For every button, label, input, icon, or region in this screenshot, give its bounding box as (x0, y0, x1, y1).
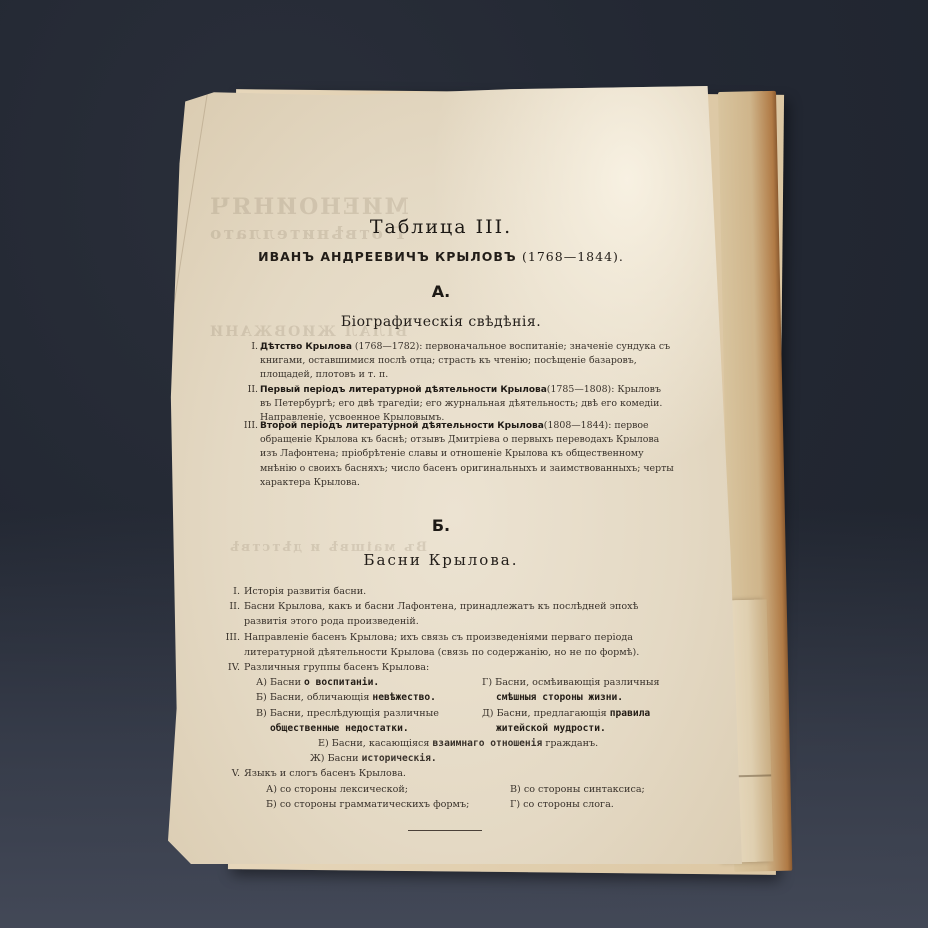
group-emphasis: житейской мудрости. (496, 723, 606, 734)
list-item: II. Басни Крылова, какъ и басни Лафонтен… (218, 599, 678, 629)
item-number: III. (218, 630, 240, 645)
aspect-v: В) со стороны синтаксиса; (510, 782, 710, 797)
list-item: III. Направленіе басенъ Крылова; ихъ свя… (218, 630, 678, 660)
group-text: Г) Басни, осмѣивающія различныя (482, 677, 660, 688)
group-text: гражданъ. (542, 738, 598, 749)
group-g: Г) Басни, осмѣивающія различныя (482, 675, 712, 690)
list-item: V. Языкъ и слогъ басенъ Крылова. (218, 766, 678, 781)
language-aspects: А) со стороны лексической; В) со стороны… (218, 782, 678, 812)
item-number: I. (240, 340, 258, 354)
group-text: В) Басни, преслѣдующія различные (256, 708, 439, 719)
document-page: МИЕНОИНЯЧ Г отвѣнителлато ВІЛАЛ ЖИОВЖАНИ… (168, 86, 742, 864)
item-text: Басни Крылова, какъ и басни Лафонтена, п… (244, 601, 638, 627)
group-v-cont: общественные недостатки. (256, 721, 476, 736)
aspect-a: А) со стороны лексической; (266, 782, 506, 797)
group-e: Е) Басни, касающіяся взаимнаго отношенія… (218, 736, 678, 751)
group-b: Б) Басни, обличающія невѣжество. (256, 690, 476, 705)
group-emphasis: о воспитаніи. (304, 677, 379, 688)
fables-list: I. Исторія развитія басни. II. Басни Кры… (218, 584, 678, 812)
item-text: Языкъ и слогъ басенъ Крылова. (244, 768, 406, 779)
author-name: ИВАНЪ АНДРЕЕВИЧЪ КРЫЛОВЪ (258, 249, 517, 264)
item-text: Исторія развитія басни. (244, 586, 366, 597)
author-years: (1768—1844). (522, 249, 624, 264)
section-b-heading: Басни Крылова. (168, 551, 714, 569)
item-number: I. (218, 584, 240, 599)
item-number: IV. (218, 660, 240, 675)
section-a-heading: Біографическія свѣдѣнія. (168, 314, 714, 330)
group-emphasis: историческія. (362, 753, 437, 764)
bio-item: I. Дѣтство Крылова (1768—1782): первонач… (240, 340, 675, 383)
group-text: А) Басни (256, 677, 304, 688)
group-emphasis: невѣжество. (372, 692, 436, 703)
end-rule (408, 830, 482, 831)
page-subtitle: ИВАНЪ АНДРЕЕВИЧЪ КРЫЛОВЪ (1768—1844). (168, 249, 714, 264)
bio-item: III. Второй періодъ литературной дѣятель… (240, 419, 675, 490)
group-emphasis: общественные недостатки. (270, 723, 409, 734)
group-d: Д) Басни, предлагающія правила (482, 706, 712, 721)
aspect-g: Г) со стороны слога. (510, 797, 710, 812)
group-emphasis: смѣшныя стороны жизни. (496, 692, 623, 703)
item-heading: Дѣтство Крылова (260, 342, 352, 352)
list-item: IV. Различныя группы басенъ Крылова: (218, 660, 678, 675)
group-g-cont: смѣшныя стороны жизни. (482, 690, 712, 705)
fable-groups: А) Басни о воспитаніи. Г) Басни, осмѣива… (218, 675, 678, 736)
item-text: Различныя группы басенъ Крылова: (244, 662, 429, 673)
page-content: Таблица III. ИВАНЪ АНДРЕЕВИЧЪ КРЫЛОВЪ (1… (168, 86, 742, 864)
group-text: Б) Басни, обличающія (256, 692, 372, 703)
item-heading: Первый періодъ литературной дѣятельности… (260, 385, 547, 395)
item-number: III. (240, 419, 258, 433)
group-emphasis: правила (610, 708, 650, 719)
page-title: Таблица III. (168, 216, 714, 238)
item-number: V. (218, 766, 240, 781)
section-a-letter: А. (168, 282, 714, 301)
group-v: В) Басни, преслѣдующія различные (256, 706, 476, 721)
list-item: I. Исторія развитія басни. (218, 584, 678, 599)
group-a: А) Басни о воспитаніи. (256, 675, 476, 690)
group-emphasis: взаимнаго отношенія (433, 738, 543, 749)
aspect-b: Б) со стороны грамматическихъ формъ; (266, 797, 506, 812)
item-heading: Второй періодъ литературной дѣятельности… (260, 421, 544, 431)
item-number: II. (240, 383, 258, 397)
group-text: Е) Басни, касающіяся (318, 738, 433, 749)
item-number: II. (218, 599, 240, 614)
group-text: Ж) Басни (310, 753, 362, 764)
group-d-cont: житейской мудрости. (482, 721, 712, 736)
section-b-letter: Б. (168, 516, 714, 535)
group-text: Д) Басни, предлагающія (482, 708, 610, 719)
item-text: Направленіе басенъ Крылова; ихъ связь съ… (244, 632, 639, 658)
group-zh: Ж) Басни историческія. (218, 751, 678, 766)
